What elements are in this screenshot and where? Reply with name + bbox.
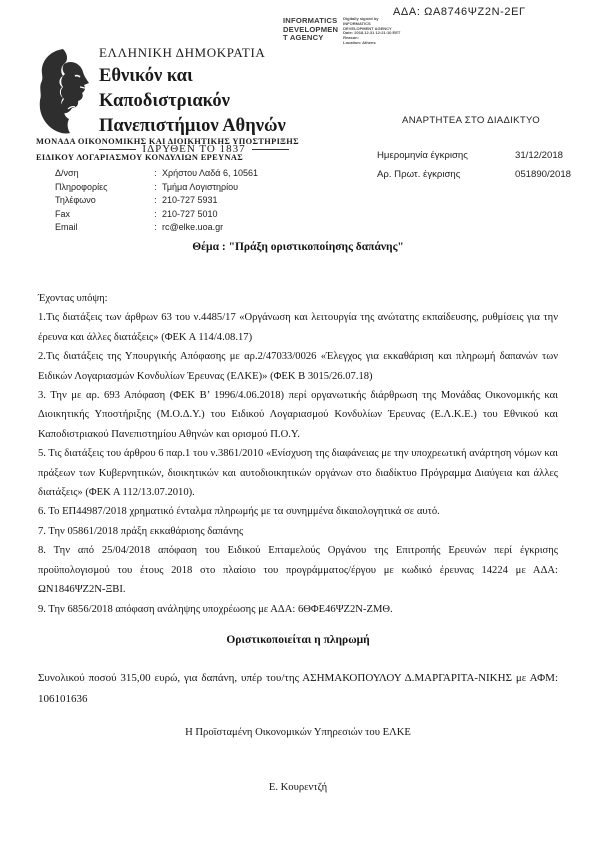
contact-separator: : [149,221,162,235]
contact-block: Δ/νση : Χρήστου Λαδά 6, 10561 Πληροφορίε… [55,167,258,235]
contact-row-fax: Fax : 210-727 5010 [55,208,258,222]
consideration-item: 2.Τις διατάξεις της Υπουργικής Απόφασης … [38,347,558,386]
signatory-title: Η Προϊσταμένη Οικονομικών Υπηρεσιών του … [38,727,558,738]
signatory-name: Ε. Κουρεντζή [38,782,558,793]
contact-value: Χρήστου Λαδά 6, 10561 [162,167,258,181]
consideration-item: 5. Τις διατάξεις του άρθρου 6 παρ.1 του … [38,444,558,502]
subject-line: Θέμα : "Πράξη οριστικοποίησης δαπάνης" [38,241,558,253]
finalization-paragraph: Συνολικού ποσού 315,00 ευρώ, για δαπάνη,… [38,668,558,710]
unit-line2: ΕΙΔΙΚΟΥ ΛΟΓΑΡΙΑΣΜΟΥ ΚΟΝΔΥΛΙΩΝ ΕΡΕΥΝΑΣ [36,150,299,166]
consideration-item: 9. Την 6856/2018 απόφαση ανάληψης υποχρέ… [38,600,558,619]
contact-value: 210-727 5010 [162,208,218,222]
contact-value: 210-727 5931 [162,194,218,208]
consideration-item: 7. Την 05861/2018 πράξη εκκαθάρισης δαπά… [38,522,558,541]
stamp-agency-name: INFORMATICS DEVELOPMEN T AGENCY [283,17,338,46]
document-content: Θέμα : "Πράξη οριστικοποίησης δαπάνης" Έ… [38,241,558,793]
consideration-item: 6. Το ΕΠ44987/2018 χρηματικό ένταλμα πλη… [38,502,558,521]
stamp-detail-line: Location: Athens [343,41,425,46]
university-emblem-icon [34,47,97,135]
unit-line1: ΜΟΝΑΔΑ ΟΙΚΟΝΟΜΙΚΗΣ ΚΑΙ ΔΙΟΙΚΗΤΙΚΗΣ ΥΠΟΣΤ… [36,134,299,150]
contact-label: Email [55,221,149,235]
contact-value: Τμήμα Λογιστηρίου [162,181,238,195]
university-name-line1: Εθνικόν και Καποδιστριακόν [99,64,295,114]
contact-separator: : [149,208,162,222]
contact-row-info: Πληροφορίες : Τμήμα Λογιστηρίου [55,181,258,195]
consideration-item: 1.Τις διατάξεις των άρθρων 63 του ν.4485… [38,308,558,347]
stamp-signature-details: Digitally signed by INFORMATICS DEVELOPM… [343,17,425,46]
contact-label: Πληροφορίες [55,181,149,195]
considerations-intro: Έχοντας υπόψη: [38,289,558,308]
finalization-heading: Οριστικοποιείται η πληρωμή [38,634,558,646]
republic-title: ΕΛΛΗΝΙΚΗ ΔΗΜΟΚΡΑΤΙΑ [99,45,295,61]
contact-label: Τηλέφωνο [55,194,149,208]
approval-protocol-row: Αρ. Πρωτ. έγκρισης 051890/2018 [377,169,577,180]
approval-date-row: Ημερομηνία έγκρισης 31/12/2018 [377,150,577,161]
contact-separator: : [149,167,162,181]
approval-block: Ημερομηνία έγκρισης 31/12/2018 Αρ. Πρωτ.… [377,150,577,188]
consideration-item: 8. Την από 25/04/2018 απόφαση του Ειδικο… [38,541,558,599]
stamp-agency-line: T AGENCY [283,34,338,43]
document-page: ΑΔΑ: ΩΑ8746ΨΖ2Ν-2ΕΓ INFORMATICS DEVELOPM… [0,0,595,841]
department-unit: ΜΟΝΑΔΑ ΟΙΚΟΝΟΜΙΚΗΣ ΚΑΙ ΔΙΟΙΚΗΤΙΚΗΣ ΥΠΟΣΤ… [36,134,299,165]
approval-protocol-value: 051890/2018 [515,169,571,180]
contact-email-value: rc@elke.uoa.gr [162,221,223,235]
contact-label: Δ/νση [55,167,149,181]
contact-label: Fax [55,208,149,222]
approval-date-value: 31/12/2018 [515,150,563,161]
contact-row-phone: Τηλέφωνο : 210-727 5931 [55,194,258,208]
contact-separator: : [149,194,162,208]
publish-notice: ΑΝΑΡΤΗΤΕΑ ΣΤΟ ΔΙΑΔΙΚΤΥΟ [402,115,540,126]
contact-row-email: Email : rc@elke.uoa.gr [55,221,258,235]
contact-separator: : [149,181,162,195]
legal-considerations: Έχοντας υπόψη: 1.Τις διατάξεις των άρθρω… [38,289,558,619]
contact-row-address: Δ/νση : Χρήστου Λαδά 6, 10561 [55,167,258,181]
approval-date-label: Ημερομηνία έγκρισης [377,150,515,161]
approval-protocol-label: Αρ. Πρωτ. έγκρισης [377,169,515,180]
consideration-item: 3. Την με αρ. 693 Απόφαση (ΦΕΚ Β’ 1996/4… [38,386,558,444]
digital-signature-stamp: INFORMATICS DEVELOPMEN T AGENCY Digitall… [283,17,425,46]
